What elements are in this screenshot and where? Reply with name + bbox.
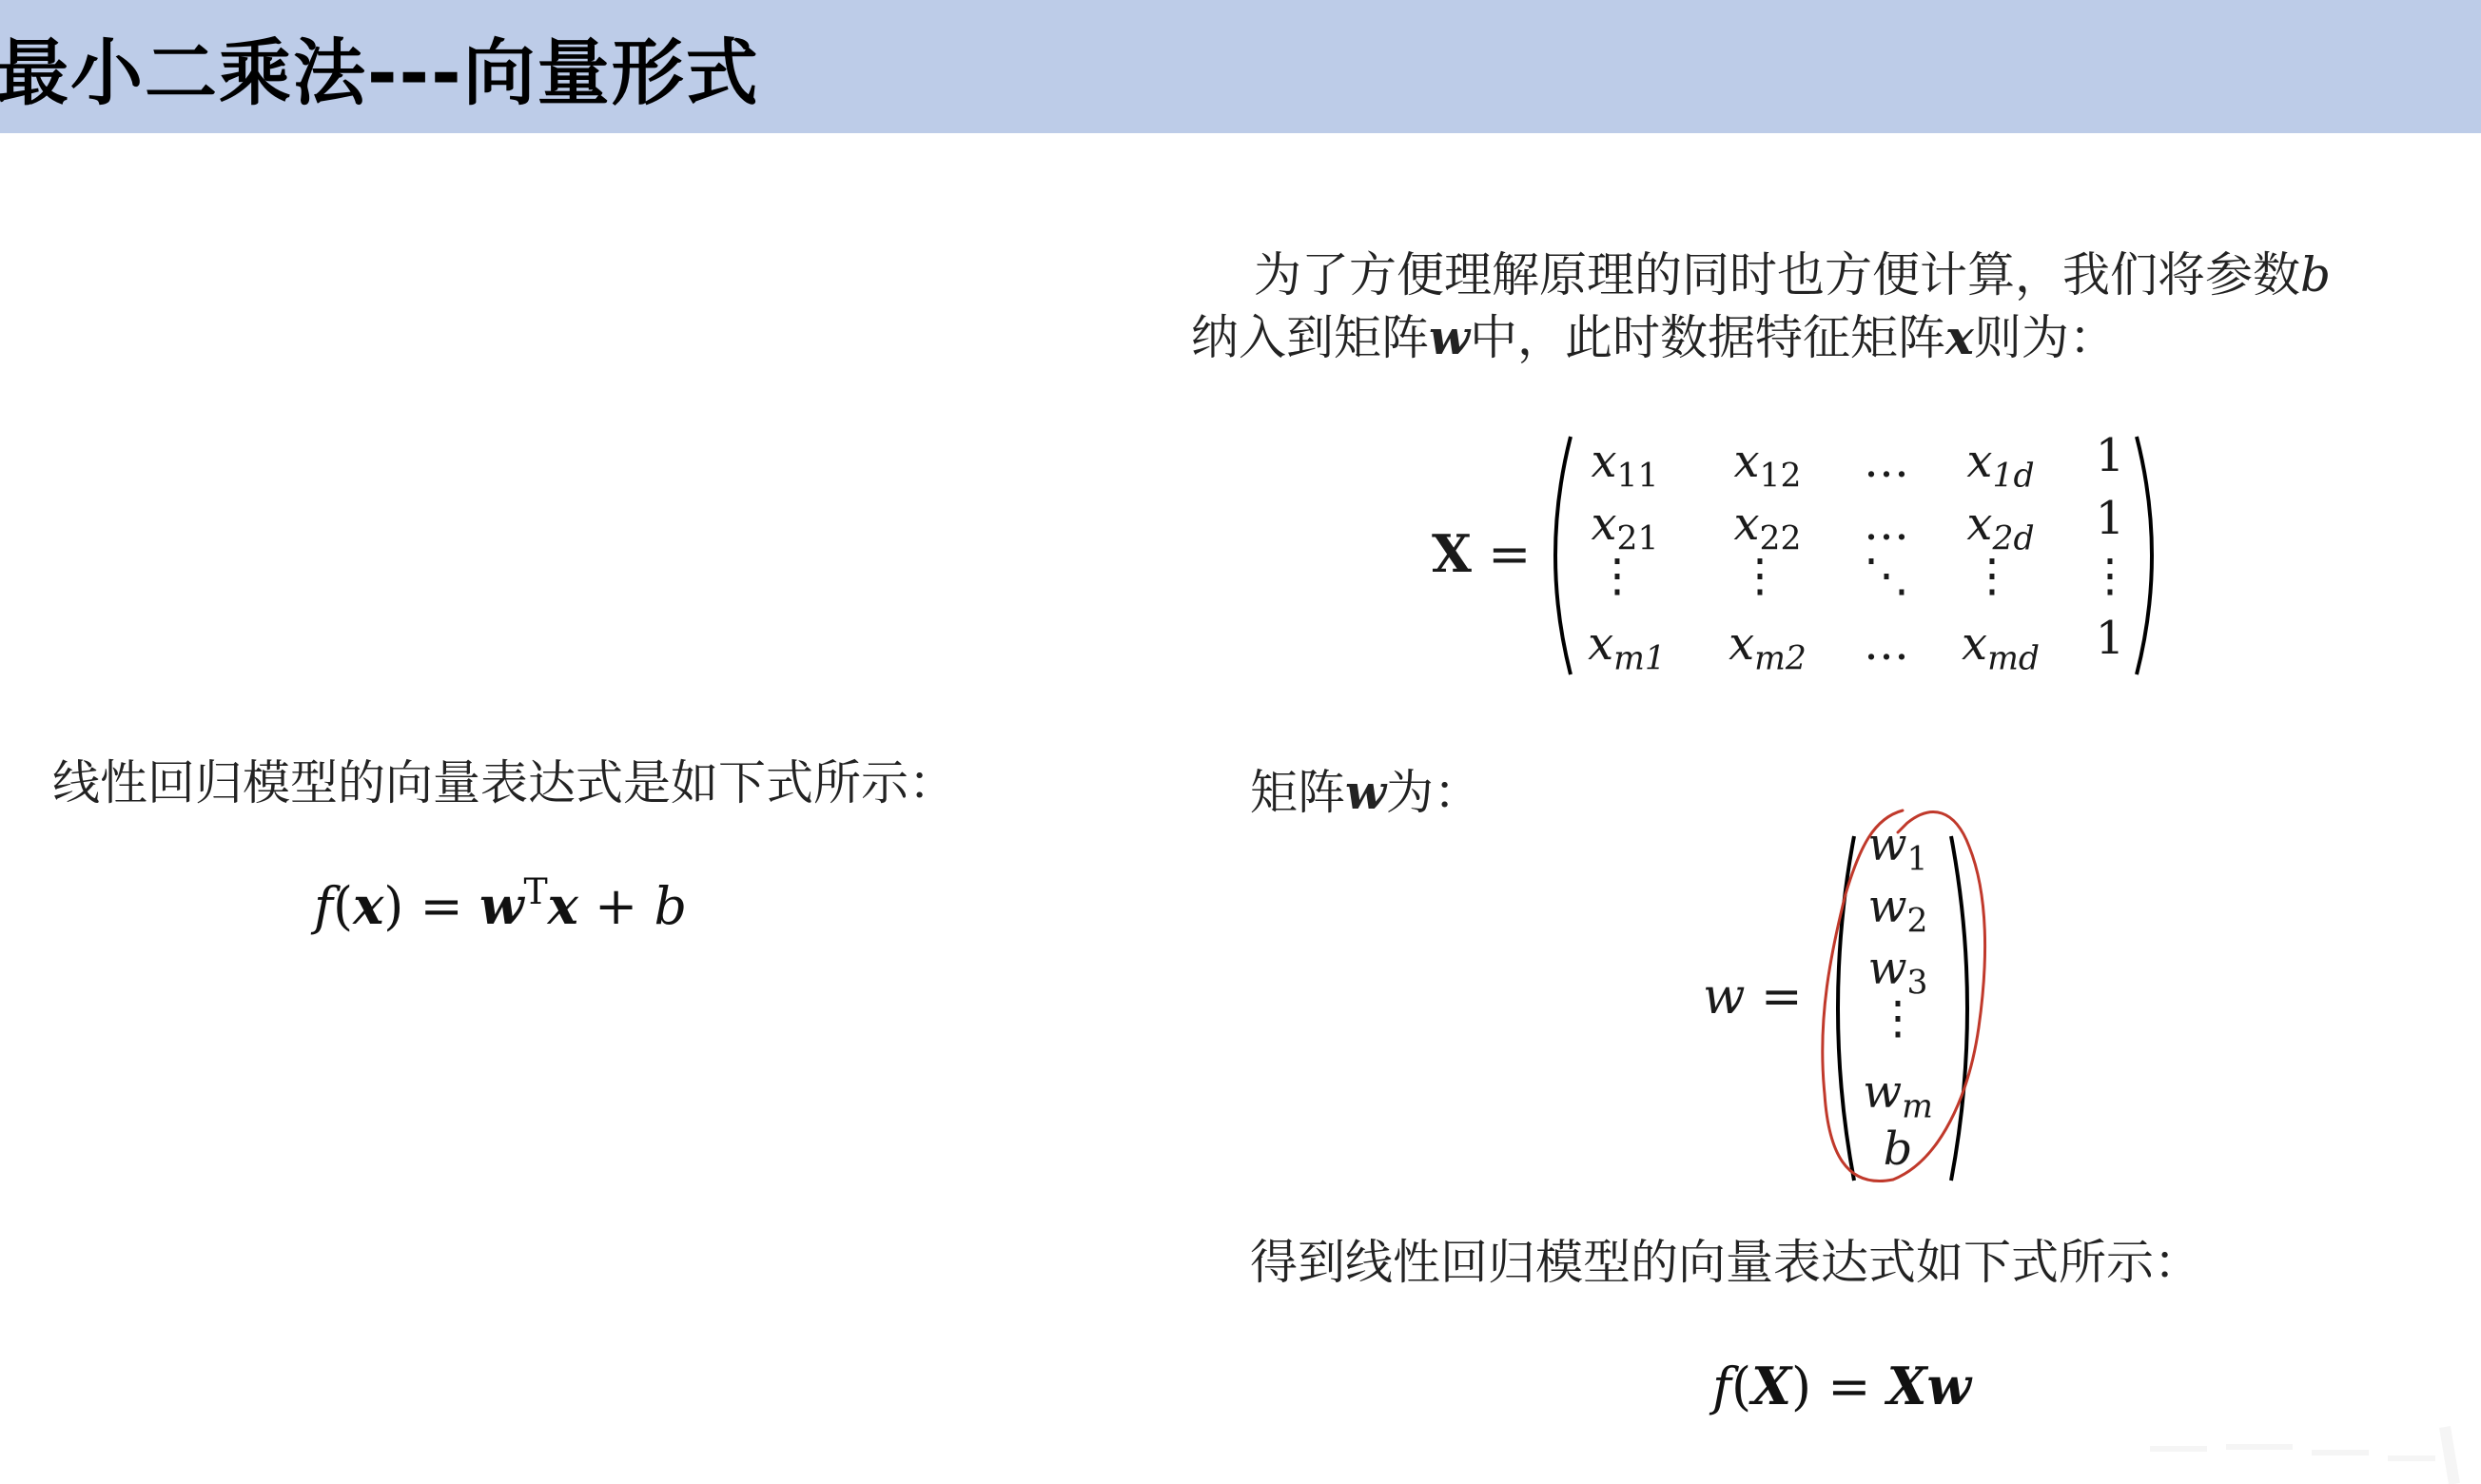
- matrix-cell: 1: [2048, 492, 2172, 545]
- matrix-x-lhs: X =: [1432, 523, 1531, 584]
- matrix-cell: ⋮: [2048, 549, 2172, 602]
- matrix-cell: xm1: [1565, 617, 1689, 677]
- matrix-x-equation: X = x11 x12 … x1d 1 x21 x22 … x2d 1 ⋮ ⋮ …: [1432, 433, 2174, 680]
- matrix-cell: 1: [2048, 612, 2172, 665]
- matrix-x-grid: x11 x12 … x1d 1 x21 x22 … x2d 1 ⋮ ⋮ ⋱ ⋮ …: [1573, 433, 2143, 680]
- matrix-cell: xm2: [1706, 617, 1829, 677]
- param-b: b: [2300, 247, 2331, 303]
- matrix-cell: ⋮: [1698, 549, 1822, 602]
- intro-line-1: 为了方便理解原理的同时也方便计算，我们将参数b: [1254, 244, 2331, 306]
- var-w: w: [1429, 309, 1470, 365]
- result-label: 得到线性回归模型的向量表达式如下式所示：: [1250, 1231, 2201, 1294]
- w-vector-equation: w = w1 w2 w3 ⋮ wm b: [1703, 790, 2007, 1199]
- matrix-cell: x11: [1563, 435, 1687, 495]
- slide-title: 最小二乘法---向量形式: [0, 15, 760, 119]
- matrix-cell: x12: [1706, 435, 1829, 495]
- watermark-logo-icon: [2131, 1417, 2473, 1484]
- w-label: 矩阵w为：: [1250, 761, 1481, 824]
- var-x: x: [1945, 309, 1974, 365]
- left-label: 线性回归模型的向量表达式是如下式所示：: [52, 752, 956, 814]
- matrix-cell: …: [1825, 435, 1948, 488]
- intro-line-2-a: 纳入到矩阵: [1191, 310, 1429, 365]
- intro-line-1-text: 为了方便理解原理的同时也方便计算，我们将参数: [1254, 247, 2300, 303]
- matrix-cell: 1: [2048, 429, 2172, 482]
- equals-sign: =: [1488, 524, 1531, 584]
- linear-model-formula: f(x) = wTx + b: [314, 870, 687, 936]
- intro-line-2-c: 则为：: [1974, 310, 2117, 365]
- matrix-cell: ⋮: [1555, 549, 1679, 602]
- intro-line-2-b: 中，此时数据特征矩阵: [1470, 310, 1945, 365]
- vector-model-formula: f(X) = Xw: [1712, 1356, 1971, 1416]
- matrix-cell: …: [1825, 498, 1948, 551]
- matrix-cell: x1d: [1939, 435, 2062, 495]
- matrix-cell: xmd: [1939, 617, 2062, 677]
- intro-line-2: 纳入到矩阵w中，此时数据特征矩阵x则为：: [1191, 306, 2117, 369]
- matrix-cell: …: [1825, 617, 1948, 671]
- matrix-x-symbol: X: [1432, 523, 1472, 584]
- red-circle-annotation-icon: [1703, 790, 2007, 1199]
- matrix-cell: ⋮: [1930, 549, 2054, 602]
